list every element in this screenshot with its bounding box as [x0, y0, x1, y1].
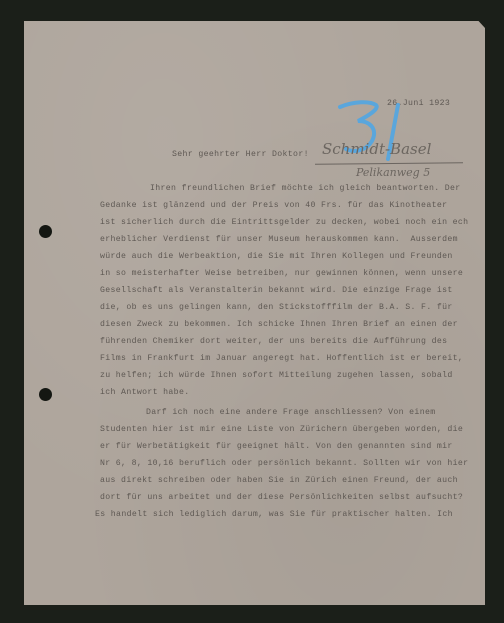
- punch-hole-upper: [39, 225, 52, 238]
- body-line: Ihren freundlichen Brief möchte ich glei…: [150, 185, 461, 193]
- body-line: diesen Zweck zu bekommen. Ich schicke Ih…: [100, 321, 458, 329]
- body-line: dort für uns arbeitet und der diese Pers…: [100, 494, 463, 502]
- scan-background: 26.Juni 1923 Schmidt-Basel Pelikanweg 5 …: [0, 0, 504, 623]
- body-line: Studenten hier ist mir eine Liste von Zü…: [100, 426, 463, 434]
- body-line: ich Antwort habe.: [100, 389, 189, 397]
- handwritten-address: Pelikanweg 5: [356, 166, 430, 179]
- body-line: führenden Chemiker dort weiter, der uns …: [100, 338, 447, 346]
- body-line: Es handelt sich lediglich darum, was Sie…: [95, 511, 453, 519]
- body-line: ist sicherlich durch die Eintrittsgelder…: [100, 219, 468, 227]
- body-line: Gesellschaft als Veranstalterin bekannt …: [100, 287, 453, 295]
- body-line: würde auch die Werbeaktion, die Sie mit …: [100, 253, 453, 261]
- handwritten-name: Schmidt-Basel: [322, 140, 431, 158]
- body-line: zu helfen; ich würde Ihnen sofort Mittei…: [100, 372, 453, 380]
- body-line: Darf ich noch eine andere Frage anschlie…: [146, 409, 435, 417]
- body-line: er für Werbetätigkeit für geeignet hält.…: [100, 443, 453, 451]
- body-line: Films in Frankfurt im Januar angeregt ha…: [100, 355, 463, 363]
- body-line: aus direkt schreiben oder haben Sie in Z…: [100, 477, 458, 485]
- salutation: Sehr geehrter Herr Doktor!: [172, 151, 309, 159]
- body-line: erheblicher Verdienst für unser Museum h…: [100, 236, 458, 244]
- punch-hole-lower: [39, 388, 52, 401]
- body-line: die, ob es uns gelingen kann, den Sticks…: [100, 304, 453, 312]
- body-line: Nr 6, 8, 10,16 beruflich oder persönlich…: [100, 460, 468, 468]
- body-line: Gedanke ist glänzend und der Preis von 4…: [100, 202, 447, 210]
- body-line: in so meisterhafter Weise betreiben, nur…: [100, 270, 463, 278]
